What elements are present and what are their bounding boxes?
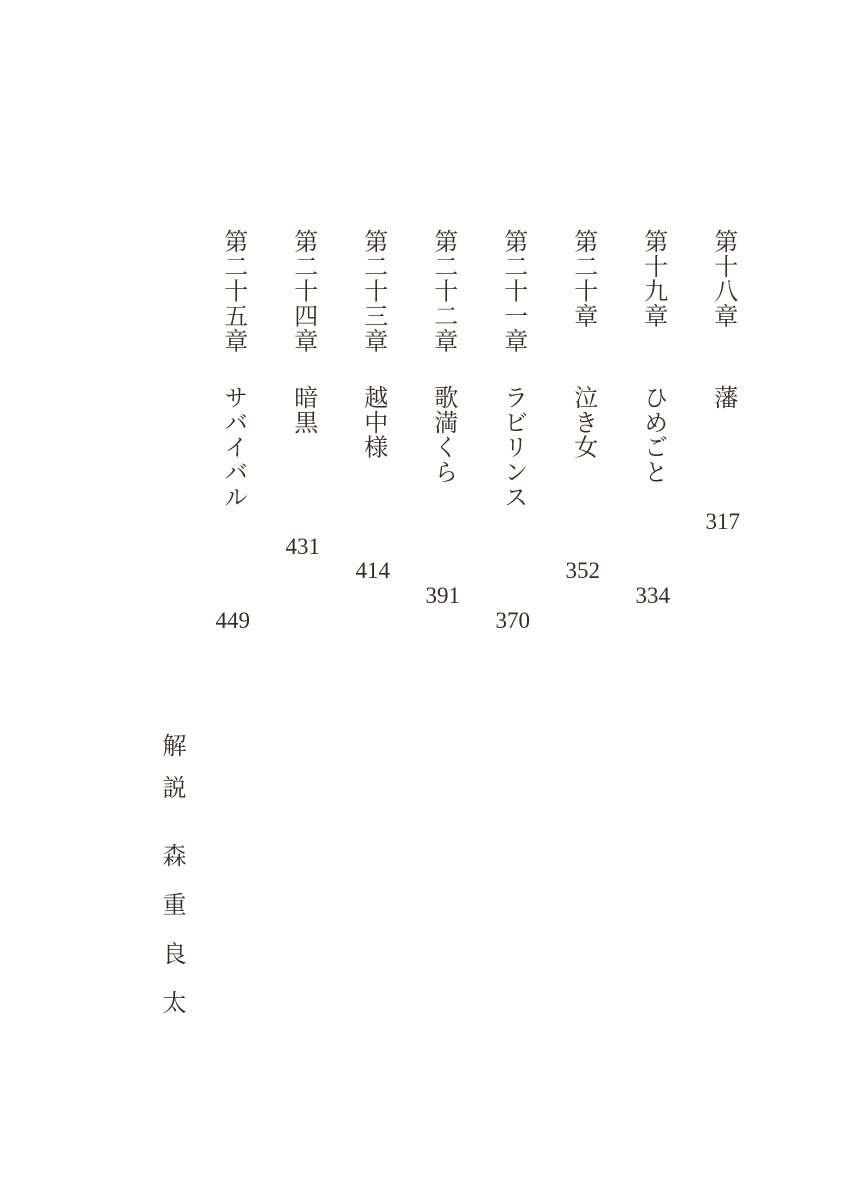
- page-number: 370: [496, 609, 531, 632]
- chapter-number: 第二十三章: [361, 229, 385, 385]
- chapter-title: 藩: [710, 385, 736, 410]
- toc-entry: 第二十五章サバイバル449: [226, 229, 250, 659]
- toc-entry: 第十八章藩317: [716, 229, 740, 659]
- toc-entry: 第二十二章歌満くら391: [436, 229, 460, 659]
- toc-entry: 第二十四章暗黒431: [296, 229, 320, 659]
- chapter-title: 泣き女: [570, 385, 596, 459]
- chapter-number: 第十九章: [641, 229, 665, 385]
- chapter-title: 暗黒: [290, 385, 316, 435]
- chapter-title: 越中様: [360, 385, 386, 459]
- afterword-credit: 解説森重良太: [158, 733, 183, 1039]
- chapter-number: 第十八章: [711, 229, 735, 385]
- toc-entry: 第二十三章越中様414: [366, 229, 390, 659]
- chapter-title: ひめごと: [640, 385, 666, 484]
- chapter-number: 第二十章: [571, 229, 595, 385]
- page-number: 352: [566, 559, 601, 582]
- page-number: 334: [636, 584, 671, 607]
- toc-entry: 第二十一章ラビリンス370: [506, 229, 530, 659]
- table-of-contents: 第十八章藩317第十九章ひめごと334第二十章泣き女352第二十一章ラビリンス3…: [226, 229, 740, 659]
- chapter-number: 第二十二章: [431, 229, 455, 385]
- chapter-number: 第二十四章: [291, 229, 315, 385]
- chapter-title: サバイバル: [220, 385, 246, 509]
- page-number: 449: [216, 609, 251, 632]
- page-number: 414: [356, 559, 391, 582]
- page-number: 317: [706, 510, 741, 533]
- page-number: 391: [426, 584, 461, 607]
- afterword-author: 森重良太: [158, 843, 183, 1039]
- toc-page: 第十八章藩317第十九章ひめごと334第二十章泣き女352第二十一章ラビリンス3…: [0, 0, 841, 1198]
- page-number: 431: [286, 535, 321, 558]
- afterword-label: 解説: [158, 733, 184, 817]
- chapter-number: 第二十五章: [221, 229, 245, 385]
- chapter-number: 第二十一章: [501, 229, 525, 385]
- chapter-title: 歌満くら: [430, 385, 456, 484]
- toc-entry: 第二十章泣き女352: [576, 229, 600, 659]
- toc-entry: 第十九章ひめごと334: [646, 229, 670, 659]
- chapter-title: ラビリンス: [500, 385, 526, 509]
